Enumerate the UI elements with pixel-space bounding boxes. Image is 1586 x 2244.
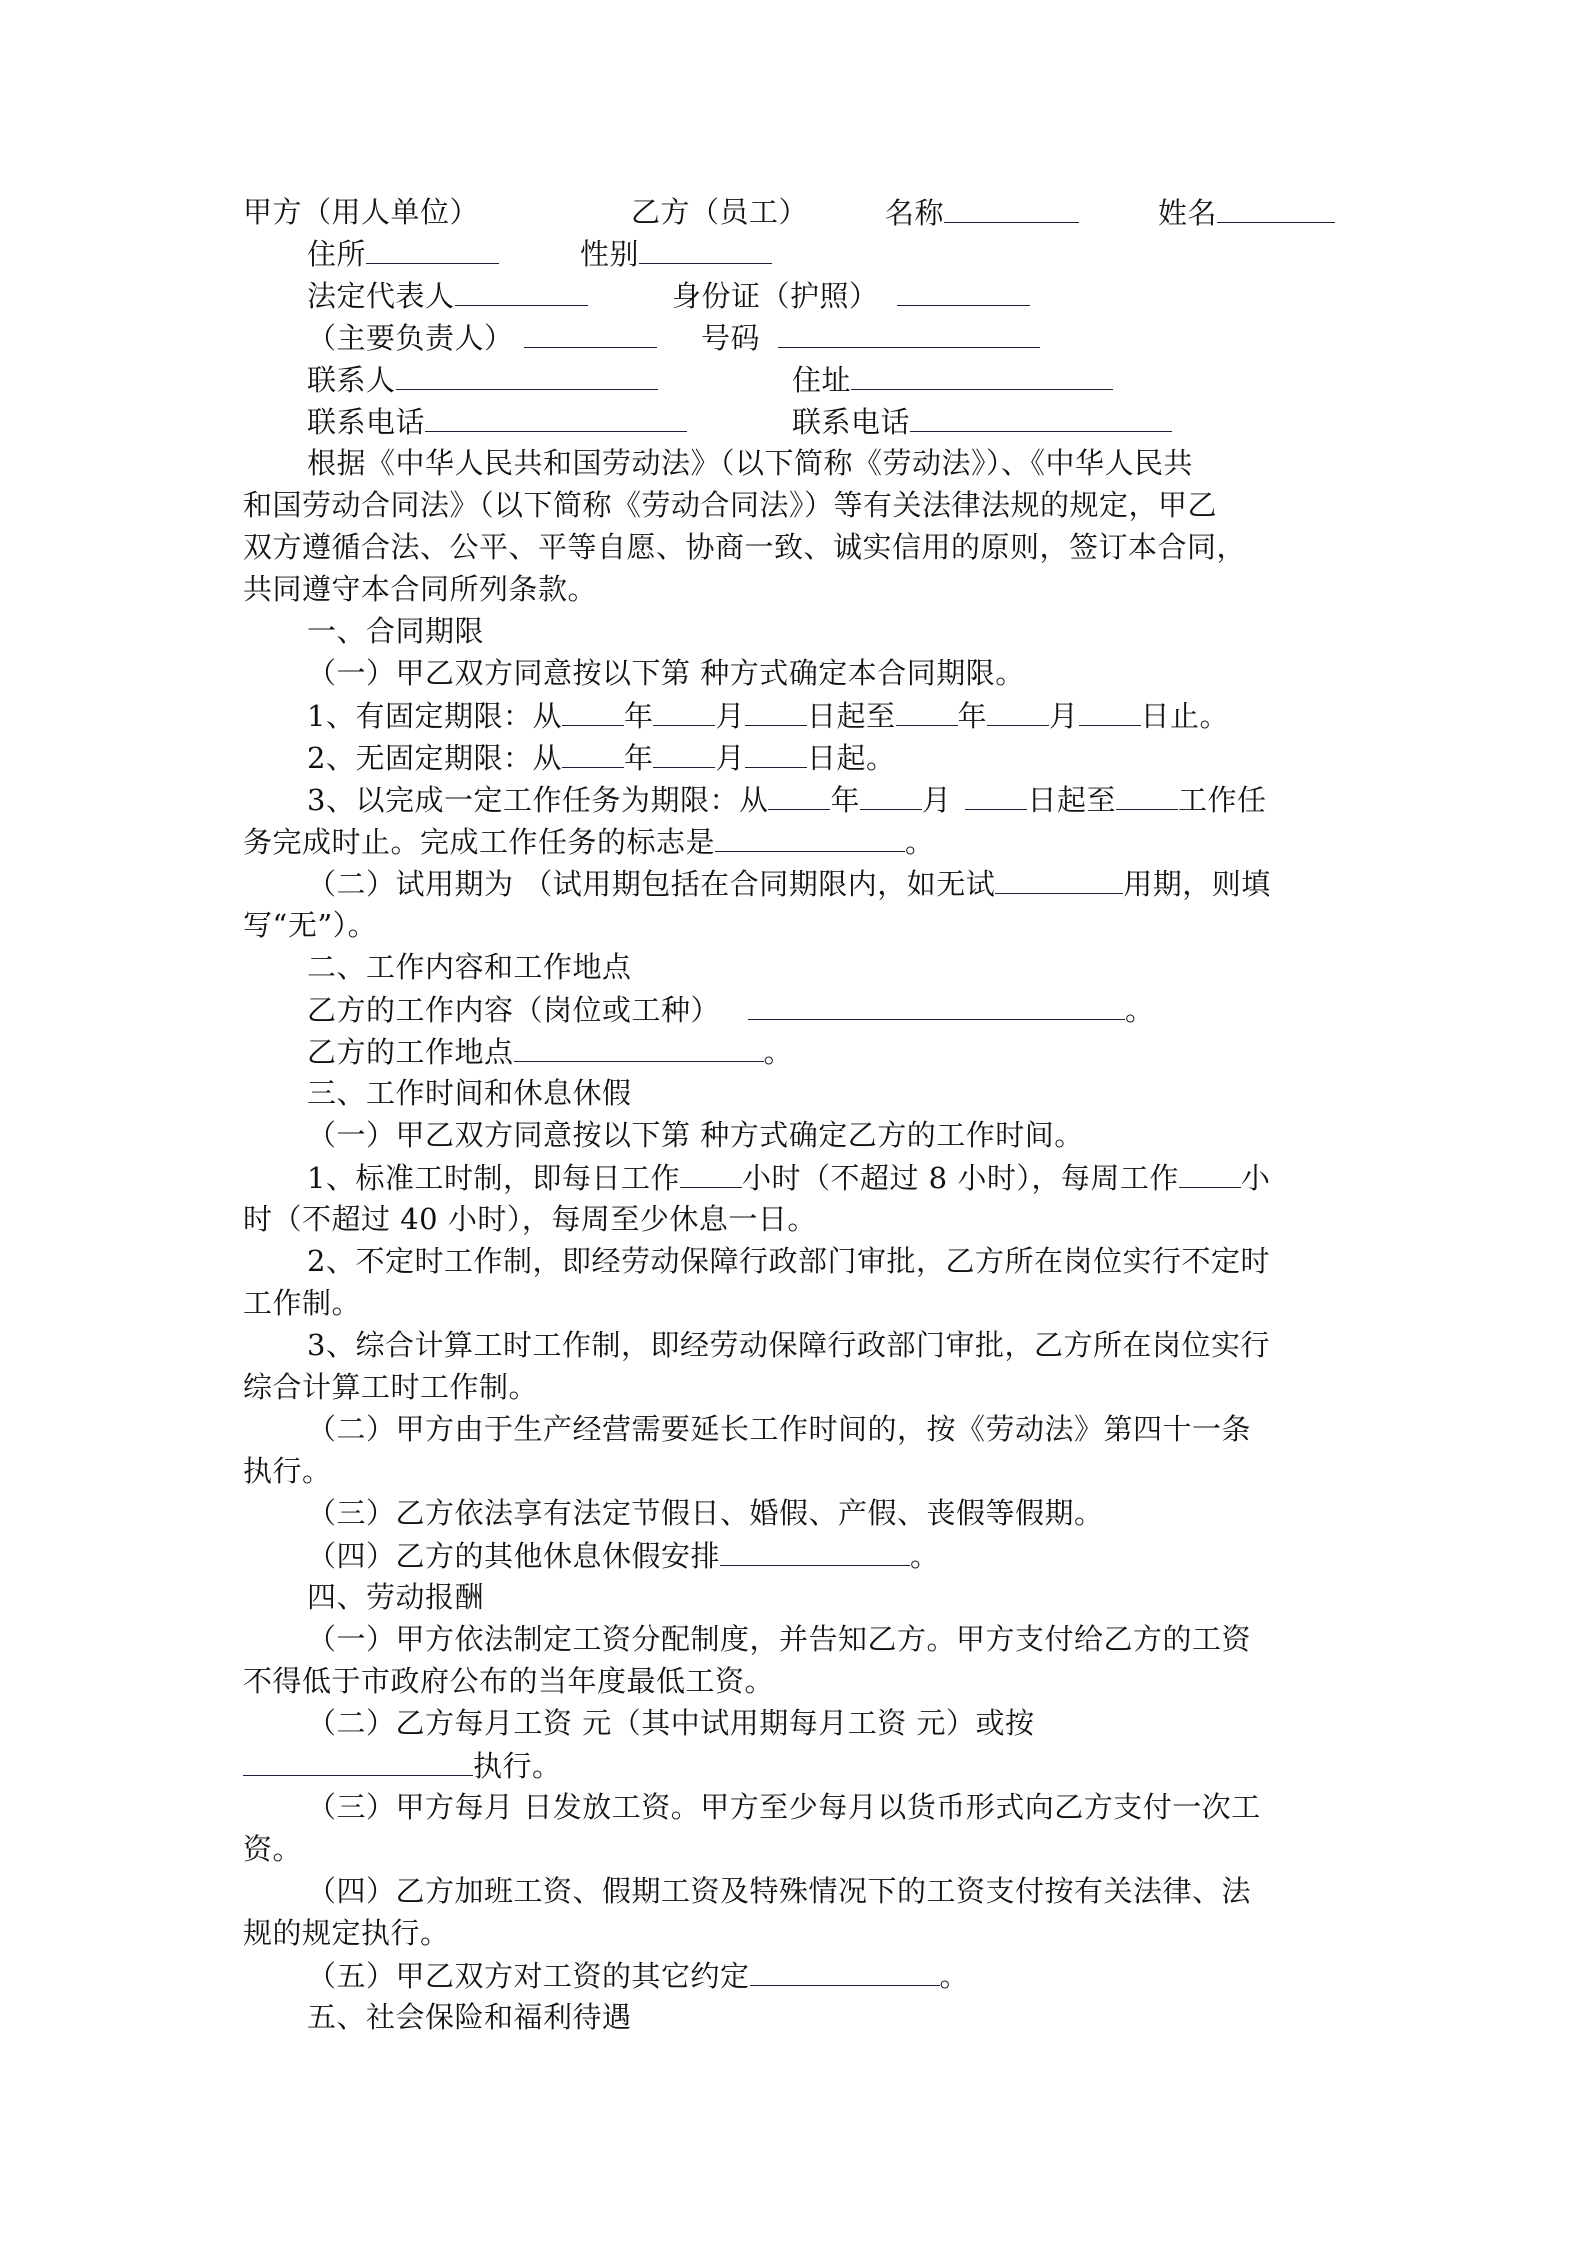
section-3-clause-4: （四）乙方的其他休息休假安排。 bbox=[307, 1537, 940, 1574]
preamble-line-1: 根据《中华人民共和国劳动法》（以下简称《劳动法》）、《中华人民共 bbox=[307, 445, 1193, 481]
task-label: 工作任 bbox=[1178, 783, 1267, 817]
residence-field: 住所 bbox=[307, 235, 499, 272]
other-wage-blank[interactable] bbox=[750, 1957, 940, 1986]
daily-hours-text: 1、标准工时制，即每日工作 bbox=[307, 1161, 680, 1195]
id-field: 身份证（护照） bbox=[672, 277, 1030, 314]
item-prefix: 3、以完成一定工作任务为期限：从 bbox=[307, 783, 768, 817]
year-label: 年 bbox=[624, 741, 654, 775]
day-blank[interactable] bbox=[965, 781, 1027, 810]
section-1-title: 一、合同期限 bbox=[307, 613, 484, 649]
preamble-line-2: 和国劳动合同法》（以下简称《劳动合同法》）等有关法律法规的规定，甲乙 bbox=[243, 487, 1217, 523]
main-person-field: （主要负责人） bbox=[307, 319, 657, 356]
daily-hours-blank[interactable] bbox=[680, 1159, 742, 1188]
residence-blank[interactable] bbox=[366, 235, 499, 264]
address-label: 住址 bbox=[792, 363, 851, 397]
month-label: 月 bbox=[715, 699, 745, 733]
section-3-clause-2-line-2: 执行。 bbox=[243, 1453, 332, 1489]
full-name-label: 姓名 bbox=[1158, 196, 1217, 230]
end-year-blank[interactable] bbox=[896, 697, 958, 726]
main-person-blank[interactable] bbox=[524, 319, 657, 348]
month-label: 月 bbox=[922, 783, 952, 817]
weekly-hours-text: 小时（不超过 8 小时），每周工作 bbox=[742, 1161, 1179, 1195]
section-4-clause-4: （四）乙方加班工资、假期工资及特殊情况下的工资支付按有关法律、法 bbox=[307, 1873, 1251, 1909]
day-label: 日起至 bbox=[807, 699, 896, 733]
section-3-item-1-line-2: 时（不超过 40 小时），每周至少休息一日。 bbox=[243, 1201, 817, 1237]
section-1-item-3-line-2: 务完成时止。完成工作任务的标志是。 bbox=[243, 823, 935, 860]
contact-person-blank[interactable] bbox=[396, 361, 658, 390]
work-content-blank[interactable] bbox=[748, 991, 1125, 1020]
legal-rep-field: 法定代表人 bbox=[307, 277, 588, 314]
period: 。 bbox=[940, 1959, 970, 1993]
end-month-blank[interactable] bbox=[987, 697, 1049, 726]
party-a-label: 甲方（用人单位） bbox=[243, 195, 479, 229]
name-field: 名称 bbox=[885, 194, 1079, 231]
section-1-item-3: 3、以完成一定工作任务为期限：从年月日起至工作任 bbox=[307, 781, 1267, 818]
residence-label: 住所 bbox=[307, 237, 366, 271]
address-field: 住址 bbox=[792, 361, 1113, 398]
section-3-clause-3: （三）乙方依法享有法定节假日、婚假、产假、丧假等假期。 bbox=[307, 1495, 1104, 1531]
probation-blank[interactable] bbox=[995, 865, 1123, 894]
name-blank[interactable] bbox=[944, 194, 1079, 223]
section-1-clause-2: （二）试用期为 （试用期包括在合同期限内，如无试用期，则填 bbox=[307, 865, 1271, 902]
header-row-1: 甲方（用人单位） bbox=[243, 194, 479, 230]
day-label: 日起。 bbox=[807, 741, 896, 775]
section-4-clause-1: （一）甲方依法制定工资分配制度，并告知乙方。甲方支付给乙方的工资 bbox=[307, 1621, 1251, 1657]
section-4-clause-3: （三）甲方每月 日发放工资。甲方至少每月以货币形式向乙方支付一次工 bbox=[307, 1789, 1261, 1825]
start-year-blank[interactable] bbox=[562, 697, 624, 726]
address-blank[interactable] bbox=[851, 361, 1113, 390]
section-5-title: 五、社会保险和福利待遇 bbox=[307, 1999, 632, 2035]
start-day-blank[interactable] bbox=[745, 697, 807, 726]
id-blank[interactable] bbox=[897, 277, 1030, 306]
execute-text: 执行。 bbox=[473, 1749, 562, 1783]
id-label: 身份证（护照） bbox=[672, 279, 879, 313]
start-month-blank[interactable] bbox=[653, 697, 715, 726]
section-3-item-1: 1、标准工时制，即每日工作小时（不超过 8 小时），每周工作小 bbox=[307, 1159, 1270, 1196]
other-wage-text: （五）甲乙双方对工资的其它约定 bbox=[307, 1959, 750, 1993]
month-label: 月 bbox=[1049, 699, 1079, 733]
hours-suffix: 小 bbox=[1241, 1161, 1271, 1195]
probation-after: 用期，则填 bbox=[1123, 867, 1271, 901]
main-person-label: （主要负责人） bbox=[307, 321, 514, 355]
phone-a-field: 联系电话 bbox=[307, 403, 687, 440]
section-4-clause-1-line-2: 不得低于市政府公布的当年度最低工资。 bbox=[243, 1663, 774, 1699]
work-content-field: 乙方的工作内容（岗位或工种）。 bbox=[307, 991, 1155, 1028]
section-1-clause-1: （一）甲乙双方同意按以下第 种方式确定本合同期限。 bbox=[307, 655, 1025, 691]
section-1-clause-2-line-2: 写“无”）。 bbox=[243, 907, 377, 943]
contact-person-field: 联系人 bbox=[307, 361, 658, 398]
preamble-line-3: 双方遵循合法、公平、平等自愿、协商一致、诚实信用的原则，签订本合同， bbox=[243, 529, 1246, 565]
wage-standard-blank[interactable] bbox=[243, 1747, 473, 1776]
period: 。 bbox=[910, 1539, 940, 1573]
weekly-hours-blank[interactable] bbox=[1179, 1159, 1241, 1188]
month-label: 月 bbox=[715, 741, 745, 775]
section-3-item-3-line-2: 综合计算工时工作制。 bbox=[243, 1369, 538, 1405]
party-b-label: 乙方（员工） bbox=[631, 194, 808, 230]
work-location-blank[interactable] bbox=[514, 1033, 764, 1062]
other-leave-text: （四）乙方的其他休息休假安排 bbox=[307, 1539, 720, 1573]
task-mark-blank[interactable] bbox=[715, 823, 905, 852]
month-blank[interactable] bbox=[653, 739, 715, 768]
day-label: 日止。 bbox=[1141, 699, 1230, 733]
item-prefix: 2、无固定期限：从 bbox=[307, 741, 562, 775]
section-3-clause-1: （一）甲乙双方同意按以下第 种方式确定乙方的工作时间。 bbox=[307, 1117, 1084, 1153]
legal-rep-label: 法定代表人 bbox=[307, 279, 455, 313]
item-prefix: 1、有固定期限：从 bbox=[307, 699, 562, 733]
gender-field: 性别 bbox=[580, 235, 772, 272]
section-4-clause-2: （二）乙方每月工资 元（其中试用期每月工资 元）或按 bbox=[307, 1705, 1034, 1741]
phone-b-field: 联系电话 bbox=[792, 403, 1172, 440]
task-blank[interactable] bbox=[1116, 781, 1178, 810]
period: 。 bbox=[905, 825, 935, 859]
day-blank[interactable] bbox=[745, 739, 807, 768]
section-1-item-1: 1、有固定期限：从年月日起至年月日止。 bbox=[307, 697, 1229, 734]
number-blank[interactable] bbox=[778, 319, 1040, 348]
full-name-field: 姓名 bbox=[1158, 194, 1335, 231]
section-3-item-2-line-2: 工作制。 bbox=[243, 1285, 361, 1321]
section-2-title: 二、工作内容和工作地点 bbox=[307, 949, 632, 985]
phone-b-blank[interactable] bbox=[910, 403, 1172, 432]
work-location-label: 乙方的工作地点 bbox=[307, 1035, 514, 1069]
contract-page: 甲方（用人单位） 乙方（员工） 名称 姓名 住所 性别 法定代表人 身份证（护照… bbox=[0, 0, 1586, 2244]
period: 。 bbox=[1125, 993, 1155, 1027]
section-3-title: 三、工作时间和休息休假 bbox=[307, 1075, 632, 1111]
contact-person-label: 联系人 bbox=[307, 363, 396, 397]
gender-blank[interactable] bbox=[639, 235, 772, 264]
task-complete-text: 务完成时止。完成工作任务的标志是 bbox=[243, 825, 715, 859]
section-4-clause-5: （五）甲乙双方对工资的其它约定。 bbox=[307, 1957, 969, 1994]
probation-text: （二）试用期为 （试用期包括在合同期限内，如无试 bbox=[307, 867, 995, 901]
full-name-blank[interactable] bbox=[1217, 194, 1335, 223]
section-3-item-2: 2、不定时工作制，即经劳动保障行政部门审批，乙方所在岗位实行不定时 bbox=[307, 1243, 1270, 1279]
year-label: 年 bbox=[624, 699, 654, 733]
name-label: 名称 bbox=[885, 196, 944, 230]
section-4-clause-4-line-2: 规的规定执行。 bbox=[243, 1915, 450, 1951]
section-3-clause-2: （二）甲方由于生产经营需要延长工作时间的，按《劳动法》第四十一条 bbox=[307, 1411, 1251, 1447]
other-leave-blank[interactable] bbox=[720, 1537, 910, 1566]
section-3-item-3: 3、综合计算工时工作制，即经劳动保障行政部门审批，乙方所在岗位实行 bbox=[307, 1327, 1270, 1363]
year-label: 年 bbox=[830, 783, 860, 817]
section-4-clause-3-line-2: 资。 bbox=[243, 1831, 302, 1867]
section-4-clause-2-line-2: 执行。 bbox=[243, 1747, 562, 1784]
phone-b-label: 联系电话 bbox=[792, 405, 910, 439]
gender-label: 性别 bbox=[580, 237, 639, 271]
end-day-blank[interactable] bbox=[1079, 697, 1141, 726]
number-label: 号码 bbox=[701, 321, 760, 355]
number-field: 号码 bbox=[701, 319, 1040, 356]
period: 。 bbox=[764, 1035, 794, 1069]
year-blank[interactable] bbox=[562, 739, 624, 768]
work-location-field: 乙方的工作地点。 bbox=[307, 1033, 793, 1070]
month-blank[interactable] bbox=[860, 781, 922, 810]
phone-a-blank[interactable] bbox=[425, 403, 687, 432]
section-4-title: 四、劳动报酬 bbox=[307, 1579, 484, 1615]
section-1-item-2: 2、无固定期限：从年月日起。 bbox=[307, 739, 896, 776]
work-content-label: 乙方的工作内容（岗位或工种） bbox=[307, 993, 720, 1027]
legal-rep-blank[interactable] bbox=[455, 277, 588, 306]
phone-a-label: 联系电话 bbox=[307, 405, 425, 439]
preamble-line-4: 共同遵守本合同所列条款。 bbox=[243, 571, 597, 607]
year-label: 年 bbox=[958, 699, 988, 733]
day-label: 日起至 bbox=[1027, 783, 1116, 817]
year-blank[interactable] bbox=[768, 781, 830, 810]
